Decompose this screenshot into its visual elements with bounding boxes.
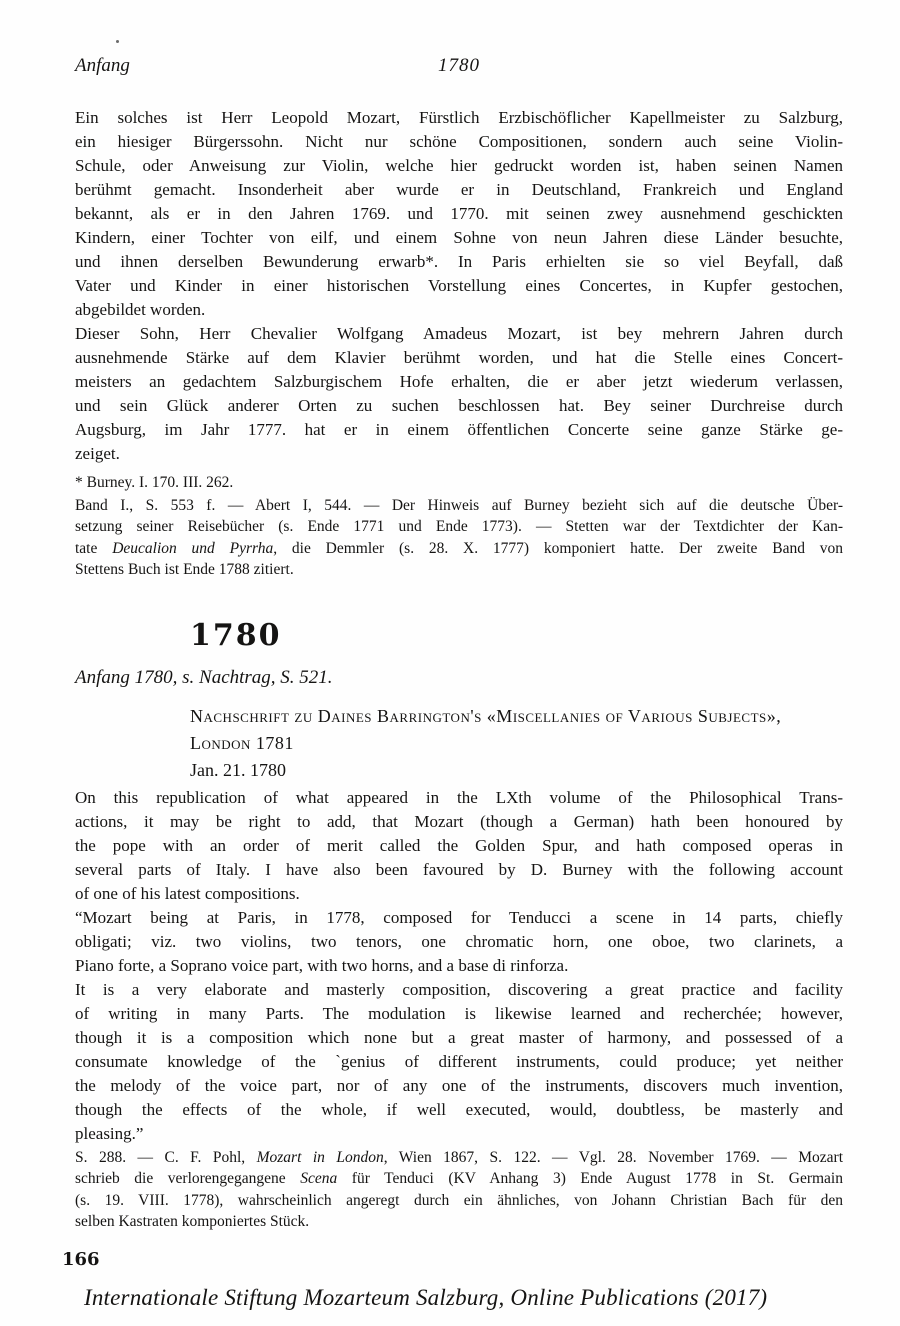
text-block: Anfang 1780 Ein solches ist Herr Leopold…: [0, 0, 900, 1311]
page-number: 166: [62, 1248, 843, 1272]
footer-credit: Internationale Stiftung Mozarteum Salzbu…: [84, 1285, 843, 1311]
paragraph-english-republication: On this republication of what appeared i…: [75, 786, 843, 906]
text-line: though the effects of the whole, if well…: [75, 1098, 843, 1122]
nachschrift-heading-line-1: Nachschrift zu Daines Barrington's «Misc…: [190, 703, 843, 730]
text-line: the pope with an order of merit called t…: [75, 834, 843, 858]
text-line: It is a very elaborate and masterly comp…: [75, 978, 843, 1002]
text-line: “Mozart being at Paris, in 1778, compose…: [75, 906, 843, 930]
text-line: und sein Glück anderer Orten zu suchen b…: [75, 394, 843, 418]
plain-text: tate: [75, 540, 112, 557]
text-line: On this republication of what appeared i…: [75, 786, 843, 810]
text-line: Band I., S. 553 f. — Abert I, 544. — Der…: [75, 495, 843, 517]
paragraph-english-quote-paris: “Mozart being at Paris, in 1778, compose…: [75, 906, 843, 978]
plain-text: S. 288. — C. F. Pohl,: [75, 1149, 257, 1166]
text-line: obligati; viz. two violins, two tenors, …: [75, 930, 843, 954]
text-line: pleasing.”: [75, 1122, 843, 1146]
text-line: schrieb die verlorengegangene Scena für …: [75, 1168, 843, 1190]
text-line: actions, it may be right to add, that Mo…: [75, 810, 843, 834]
text-line: (s. 19. VIII. 1778), wahrscheinlich ange…: [75, 1190, 843, 1212]
text-line: S. 288. — C. F. Pohl, Mozart in London, …: [75, 1147, 843, 1169]
italic-text: Mozart in London: [257, 1149, 384, 1166]
nachtrag-reference: Anfang 1780, s. Nachtrag, S. 521.: [75, 666, 843, 690]
text-line: Augsburg, im Jahr 1777. hat er in einem …: [75, 418, 843, 442]
text-line: berühmt gemacht. Insonderheit aber wurde…: [75, 178, 843, 202]
text-line: meisters an gedachtem Salzburgischem Hof…: [75, 370, 843, 394]
text-line: Stettens Buch ist Ende 1788 zitiert.: [75, 559, 843, 581]
paragraph-german-wolfgang: Dieser Sohn, Herr Chevalier Wolfgang Ama…: [75, 322, 843, 466]
text-line: Vater und Kinder in einer historischen V…: [75, 274, 843, 298]
text-line: selben Kastraten komponiertes Stück.: [75, 1211, 843, 1233]
footnote-commentary-1: Band I., S. 553 f. — Abert I, 544. — Der…: [75, 495, 843, 581]
running-head-year: 1780: [438, 54, 480, 78]
running-head-title: Anfang: [75, 55, 130, 76]
nachschrift-heading-line-2: London 1781: [190, 730, 843, 757]
text-line: tate Deucalion und Pyrrha, die Demmler (…: [75, 538, 843, 560]
plain-text: , Wien 1867, S. 122. — Vgl. 28. November…: [384, 1149, 843, 1166]
footnote-asterisk: * Burney. I. 170. III. 262.: [75, 472, 843, 494]
text-line: though it is a composition which none bu…: [75, 1026, 843, 1050]
text-line: setzung seiner Reisebücher (s. Ende 1771…: [75, 516, 843, 538]
text-line: und ihnen derselben Bewunderung erwarb*.…: [75, 250, 843, 274]
plain-text: schrieb die verlorengegangene: [75, 1170, 300, 1187]
plain-text: , die Demmler (s. 28. X. 1777) komponier…: [273, 540, 843, 557]
text-line: zeiget.: [75, 442, 843, 466]
scanned-document-page: Anfang 1780 Ein solches ist Herr Leopold…: [0, 0, 900, 1326]
text-line: Ein solches ist Herr Leopold Mozart, Für…: [75, 106, 843, 130]
text-line: abgebildet worden.: [75, 298, 843, 322]
text-line: of writing in many Parts. The modulation…: [75, 1002, 843, 1026]
text-line: of one of his latest compositions.: [75, 882, 843, 906]
date-line: Jan. 21. 1780: [190, 757, 843, 784]
text-line: ein hiesiger Bürgerssohn. Nicht nur schö…: [75, 130, 843, 154]
plain-text: für Tenduci (KV Anhang 3) Ende August 17…: [337, 1170, 843, 1187]
scan-speck: [116, 40, 119, 43]
italic-text: Deucalion und Pyrrha: [112, 540, 273, 557]
nachschrift-heading-block: Nachschrift zu Daines Barrington's «Misc…: [190, 703, 843, 784]
running-head: Anfang 1780: [75, 54, 843, 78]
text-line: Piano forte, a Soprano voice part, with …: [75, 954, 843, 978]
footnote-commentary-2: S. 288. — C. F. Pohl, Mozart in London, …: [75, 1147, 843, 1233]
text-line: several parts of Italy. I have also been…: [75, 858, 843, 882]
text-line: Schule, oder Anweisung zur Violin, welch…: [75, 154, 843, 178]
paragraph-german-leopold: Ein solches ist Herr Leopold Mozart, Für…: [75, 106, 843, 322]
text-line: consumate knowledge of the `genius of di…: [75, 1050, 843, 1074]
text-line: the melody of the voice part, nor of any…: [75, 1074, 843, 1098]
text-line: Kindern, einer Tochter von eilf, und ein…: [75, 226, 843, 250]
paragraph-english-quote-composition: It is a very elaborate and masterly comp…: [75, 978, 843, 1146]
italic-text: Scena: [300, 1170, 337, 1187]
text-line: Dieser Sohn, Herr Chevalier Wolfgang Ama…: [75, 322, 843, 346]
section-year-heading: 1780: [190, 619, 843, 653]
text-line: bekannt, als er in den Jahren 1769. und …: [75, 202, 843, 226]
text-line: ausnehmende Stärke auf dem Klavier berüh…: [75, 346, 843, 370]
